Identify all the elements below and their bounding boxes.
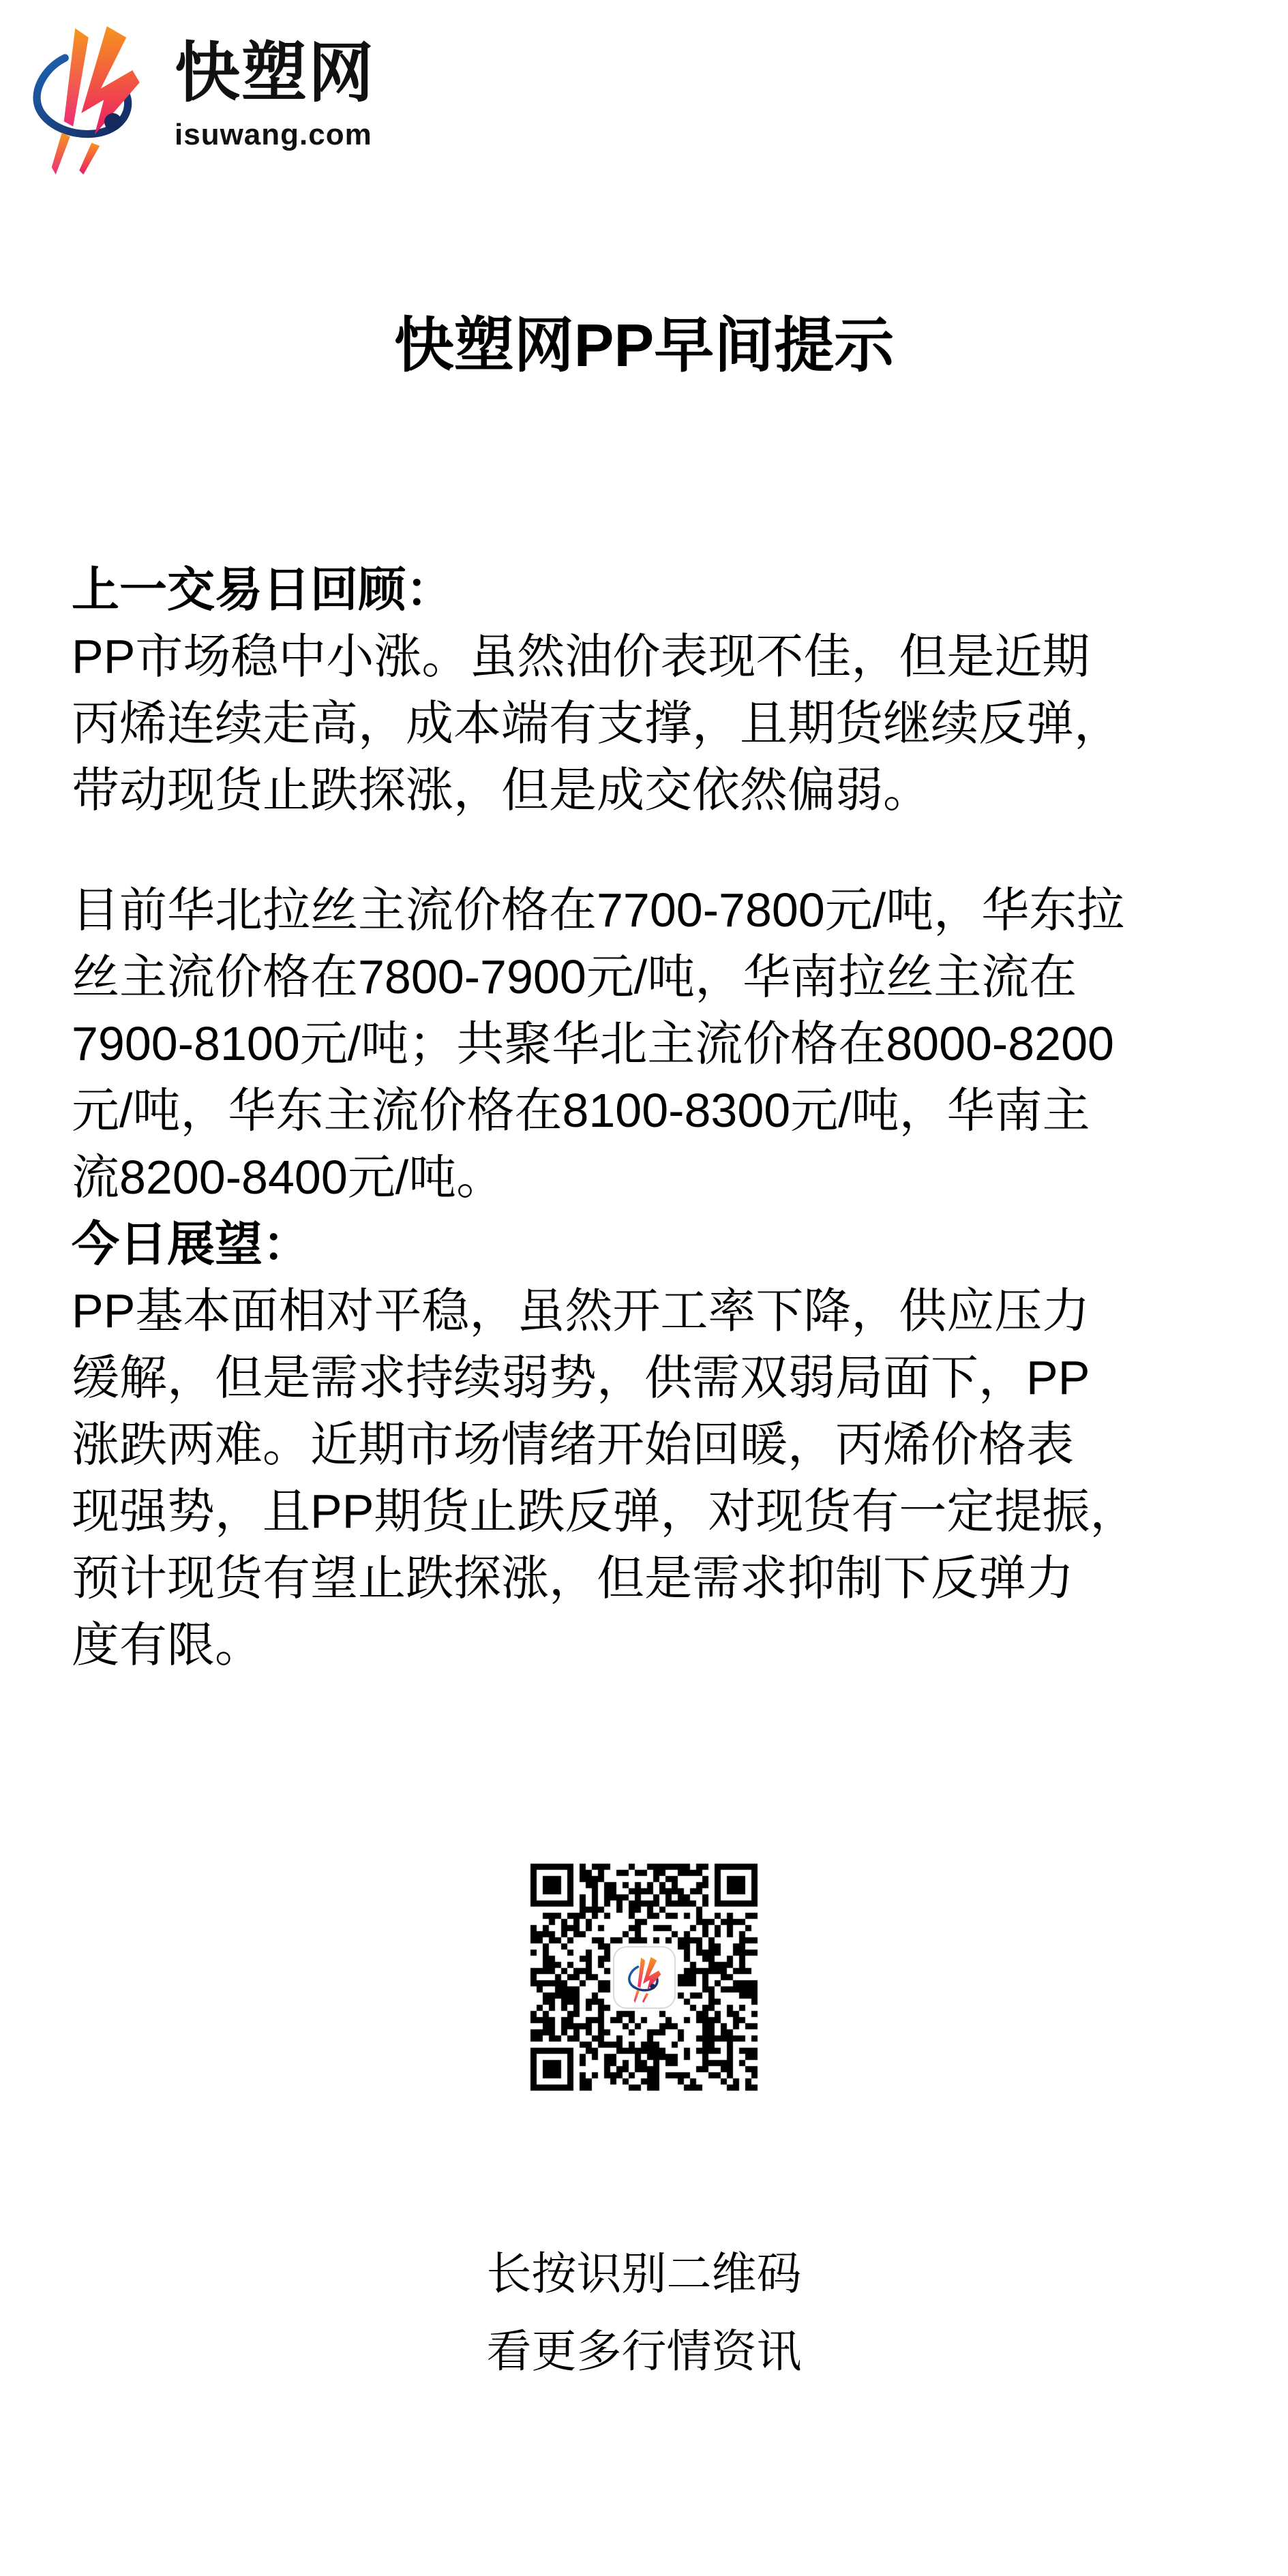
- qr-caption: 长按识别二维码 看更多行情资讯: [0, 2234, 1288, 2390]
- paragraph-prices: 目前华北拉丝主流价格在7700-7800元/吨，华东拉 丝主流价格在7800-7…: [72, 877, 1216, 1211]
- isuwang-logo-icon-small: [623, 1952, 666, 2003]
- section-heading-review: 上一交易日回顾：: [72, 556, 1216, 623]
- qrcode[interactable]: [526, 1860, 762, 2095]
- page: 快塑网 isuwang.com 快塑网PP早间提示 上一交易日回顾： PP市场稳…: [0, 0, 1288, 2576]
- brand-text: 快塑网 isuwang.com: [175, 11, 375, 152]
- section-review: 上一交易日回顾： PP市场稳中小涨。虽然油价表现不佳，但是近期 丙烯连续走高，成…: [72, 556, 1216, 1211]
- brand-domain: isuwang.com: [175, 118, 375, 152]
- qr-block: 长按识别二维码 看更多行情资讯: [0, 1860, 1288, 2390]
- paragraph-review: PP市场稳中小涨。虽然油价表现不佳，但是近期 丙烯连续走高，成本端有支撑，且期货…: [72, 623, 1216, 823]
- qr-caption-line2: 看更多行情资讯: [0, 2312, 1288, 2390]
- paragraph-outlook: PP基本面相对平稳，虽然开工率下降，供应压力 缓解，但是需求持续弱势，供需双弱局…: [72, 1277, 1216, 1678]
- article-body: 上一交易日回顾： PP市场稳中小涨。虽然油价表现不佳，但是近期 丙烯连续走高，成…: [72, 556, 1216, 1678]
- section-heading-outlook: 今日展望：: [72, 1211, 1216, 1277]
- brand-logo: 快塑网 isuwang.com: [15, 11, 375, 175]
- isuwang-logo-icon: [15, 11, 157, 175]
- qrcode-center-logo: [613, 1946, 676, 2009]
- section-outlook: 今日展望： PP基本面相对平稳，虽然开工率下降，供应压力 缓解，但是需求持续弱势…: [72, 1211, 1216, 1678]
- bottom-spacer: [0, 2390, 1288, 2519]
- qr-caption-line1: 长按识别二维码: [0, 2234, 1288, 2312]
- brand-name: 快塑网: [175, 40, 375, 108]
